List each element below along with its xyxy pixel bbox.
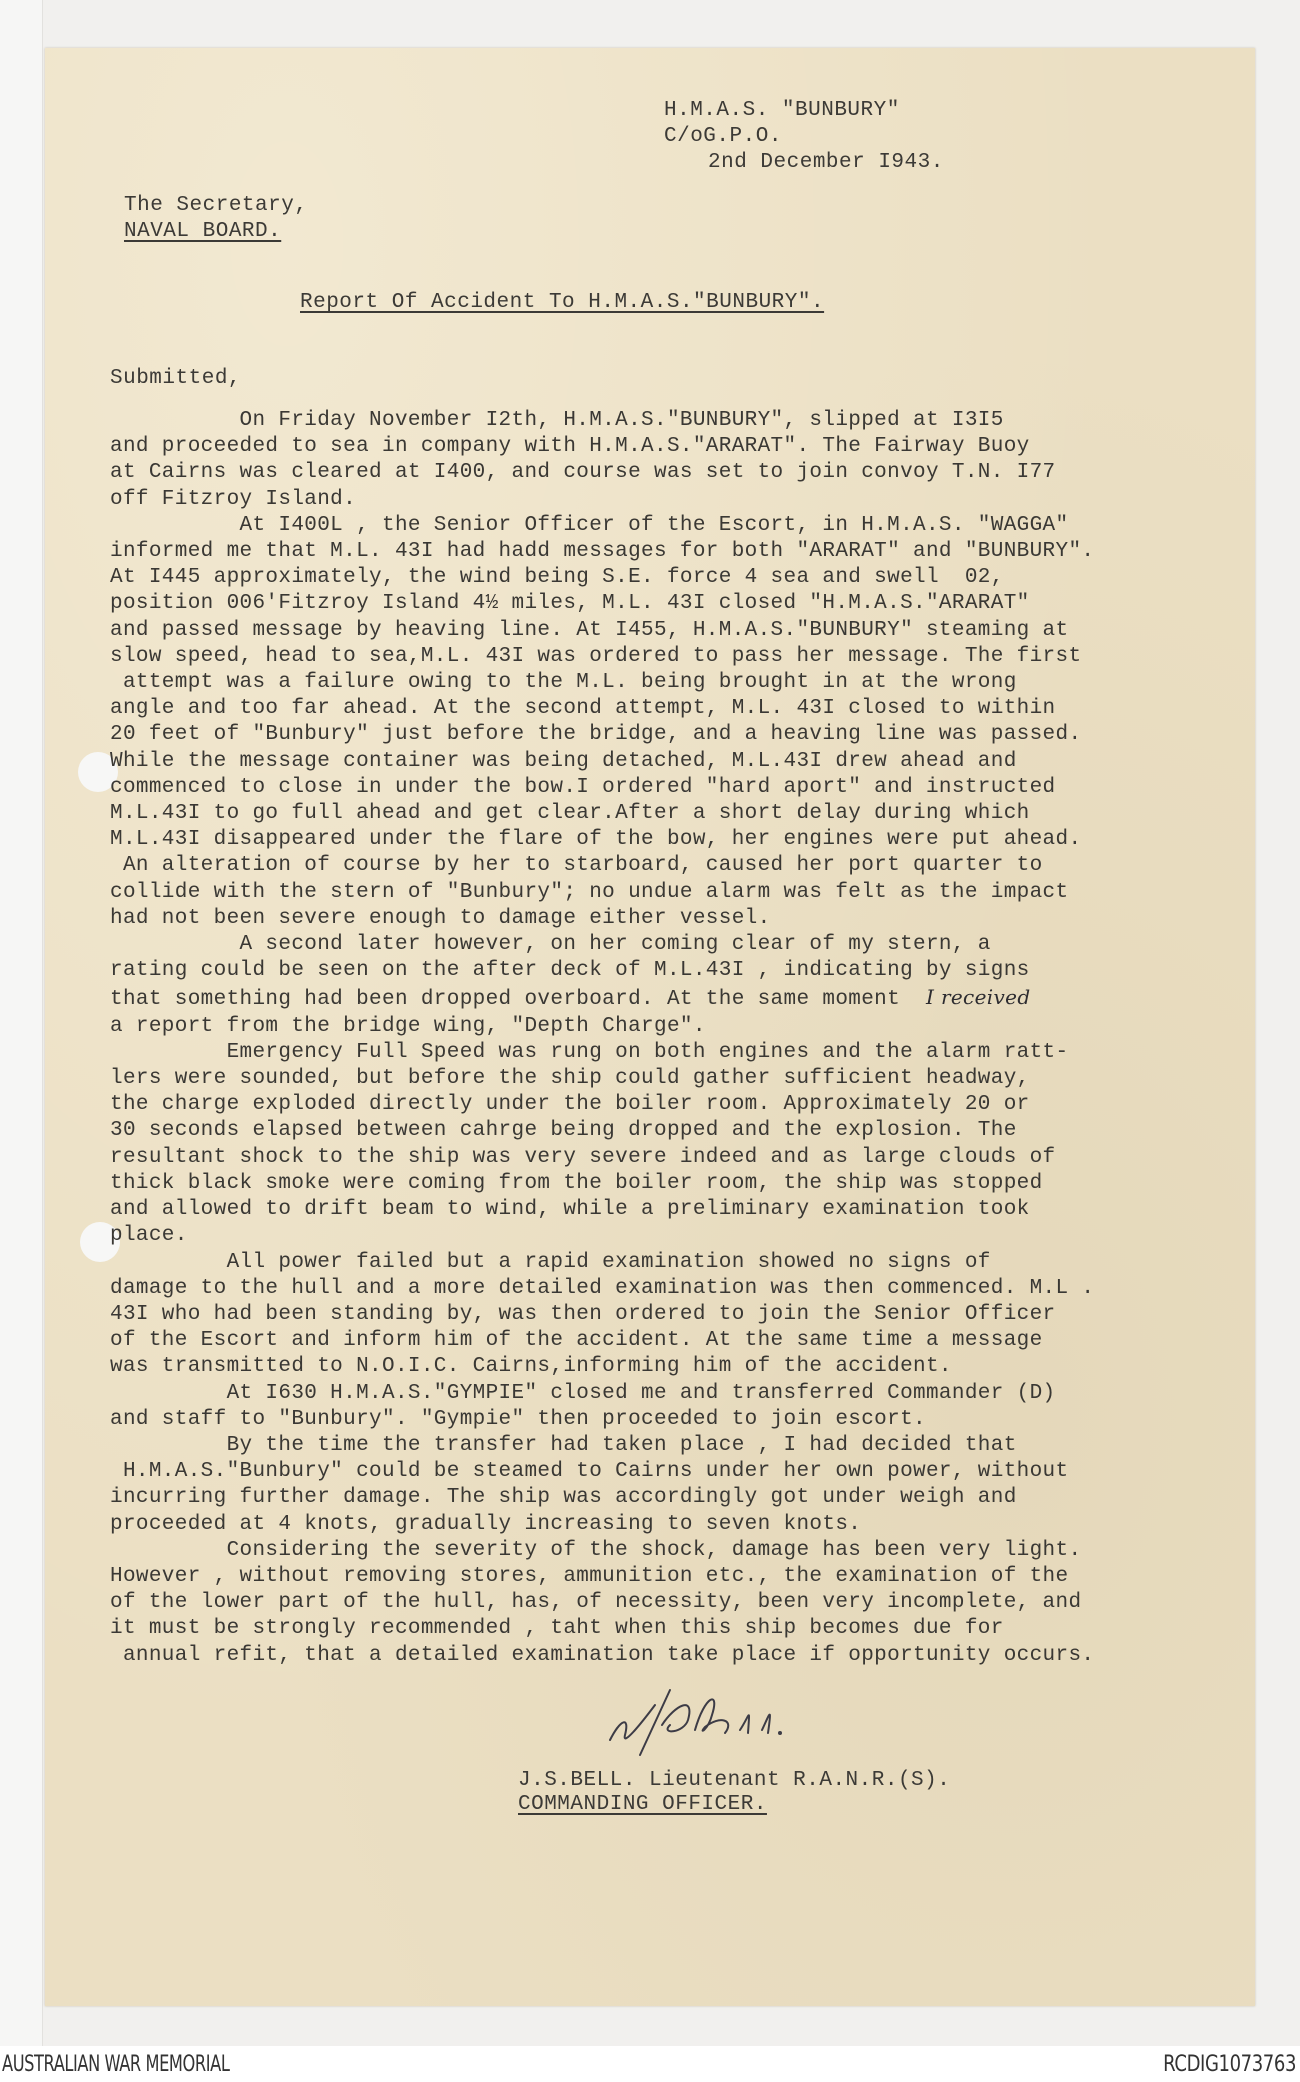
body-line: damage to the hull and a more detailed e… xyxy=(110,1276,1230,1302)
body-line: M.L.43I to go full ahead and get clear.A… xyxy=(110,801,1230,827)
handwritten-insert: I received xyxy=(926,985,1031,1009)
salutation: Submitted, xyxy=(110,366,241,392)
body-line: However , without removing stores, ammun… xyxy=(110,1564,1230,1590)
body-line: and passed message by heaving line. At I… xyxy=(110,618,1230,644)
body-line: 20 feet of "Bunbury" just before the bri… xyxy=(110,722,1230,748)
body-line: At I400L , the Senior Officer of the Esc… xyxy=(110,513,1230,539)
body-line: of the Escort and inform him of the acci… xyxy=(110,1328,1230,1354)
signatory-name: J.S.BELL. Lieutenant R.A.N.R.(S). xyxy=(518,1768,950,1794)
body-line: the charge exploded directly under the b… xyxy=(110,1092,1230,1118)
body-line: On Friday November I2th, H.M.A.S."BUNBUR… xyxy=(110,408,1230,434)
recipient-org: NAVAL BOARD. xyxy=(124,219,281,245)
body-line: had not been severe enough to damage eit… xyxy=(110,906,1230,932)
body-line: resultant shock to the ship was very sev… xyxy=(110,1145,1230,1171)
institution-name: AUSTRALIAN WAR MEMORIAL xyxy=(2,2052,229,2077)
recipient-title: The Secretary, xyxy=(124,193,307,219)
body-line: collide with the stern of "Bunbury"; no … xyxy=(110,880,1230,906)
body-line: commenced to close in under the bow.I or… xyxy=(110,775,1230,801)
body-line: Considering the severity of the shock, d… xyxy=(110,1538,1230,1564)
body-line: H.M.A.S."Bunbury" could be steamed to Ca… xyxy=(110,1459,1230,1485)
body-line: at Cairns was cleared at I400, and cours… xyxy=(110,460,1230,486)
body-line: that something had been dropped overboar… xyxy=(110,984,1230,1013)
body-line: it must be strongly recommended , taht w… xyxy=(110,1616,1230,1642)
body-line: place. xyxy=(110,1223,1230,1249)
body-line: angle and too far ahead. At the second a… xyxy=(110,696,1230,722)
body-line: position 006'Fitzroy Island 4½ miles, M.… xyxy=(110,591,1230,617)
body-line: and staff to "Bunbury". "Gympie" then pr… xyxy=(110,1407,1230,1433)
body-line: At I445 approximately, the wind being S.… xyxy=(110,565,1230,591)
record-id: RCDIG1073763 xyxy=(1163,2052,1296,2077)
body-line: attempt was a failure owing to the M.L. … xyxy=(110,670,1230,696)
body-line: 43I who had been standing by, was then o… xyxy=(110,1302,1230,1328)
signatory-role: COMMANDING OFFICER. xyxy=(518,1792,767,1818)
body-line: A second later however, on her coming cl… xyxy=(110,932,1230,958)
report-title: Report Of Accident To H.M.A.S."BUNBURY". xyxy=(300,290,824,316)
body-line: While the message container was being de… xyxy=(110,749,1230,775)
body-line: was transmitted to N.O.I.C. Cairns,infor… xyxy=(110,1354,1230,1380)
body-line: proceeded at 4 knots, gradually increasi… xyxy=(110,1512,1230,1538)
sender-address: C/oG.P.O. xyxy=(664,124,782,150)
report-body: On Friday November I2th, H.M.A.S."BUNBUR… xyxy=(110,408,1230,1669)
body-line: annual refit, that a detailed examinatio… xyxy=(110,1643,1230,1669)
body-line: An alteration of course by her to starbo… xyxy=(110,853,1230,879)
scan-backdrop xyxy=(0,0,43,2046)
body-line: At I630 H.M.A.S."GYMPIE" closed me and t… xyxy=(110,1381,1230,1407)
body-line: lers were sounded, but before the ship c… xyxy=(110,1066,1230,1092)
body-line: M.L.43I disappeared under the flare of t… xyxy=(110,827,1230,853)
body-line: of the lower part of the hull, has, of n… xyxy=(110,1590,1230,1616)
body-line: All power failed but a rapid examination… xyxy=(110,1250,1230,1276)
body-line-text: that something had been dropped overboar… xyxy=(110,988,900,1011)
body-line: Emergency Full Speed was rung on both en… xyxy=(110,1040,1230,1066)
letter-date: 2nd December I943. xyxy=(708,150,944,176)
body-line: informed me that M.L. 43I had hadd messa… xyxy=(110,539,1230,565)
handwritten-signature xyxy=(600,1685,820,1765)
body-line: and allowed to drift beam to wind, while… xyxy=(110,1197,1230,1223)
signature-scribble-icon xyxy=(600,1685,820,1765)
archive-footer: AUSTRALIAN WAR MEMORIAL RCDIG1073763 xyxy=(0,2046,1300,2082)
body-line: By the time the transfer had taken place… xyxy=(110,1433,1230,1459)
body-line: and proceeded to sea in company with H.M… xyxy=(110,434,1230,460)
sender-ship: H.M.A.S. "BUNBURY" xyxy=(664,98,900,124)
body-line: thick black smoke were coming from the b… xyxy=(110,1171,1230,1197)
body-line: 30 seconds elapsed between cahrge being … xyxy=(110,1118,1230,1144)
body-line: incurring further damage. The ship was a… xyxy=(110,1485,1230,1511)
body-line: slow speed, head to sea,M.L. 43I was ord… xyxy=(110,644,1230,670)
body-line: off Fitzroy Island. xyxy=(110,487,1230,513)
body-line: rating could be seen on the after deck o… xyxy=(110,958,1230,984)
body-line: a report from the bridge wing, "Depth Ch… xyxy=(110,1014,1230,1040)
